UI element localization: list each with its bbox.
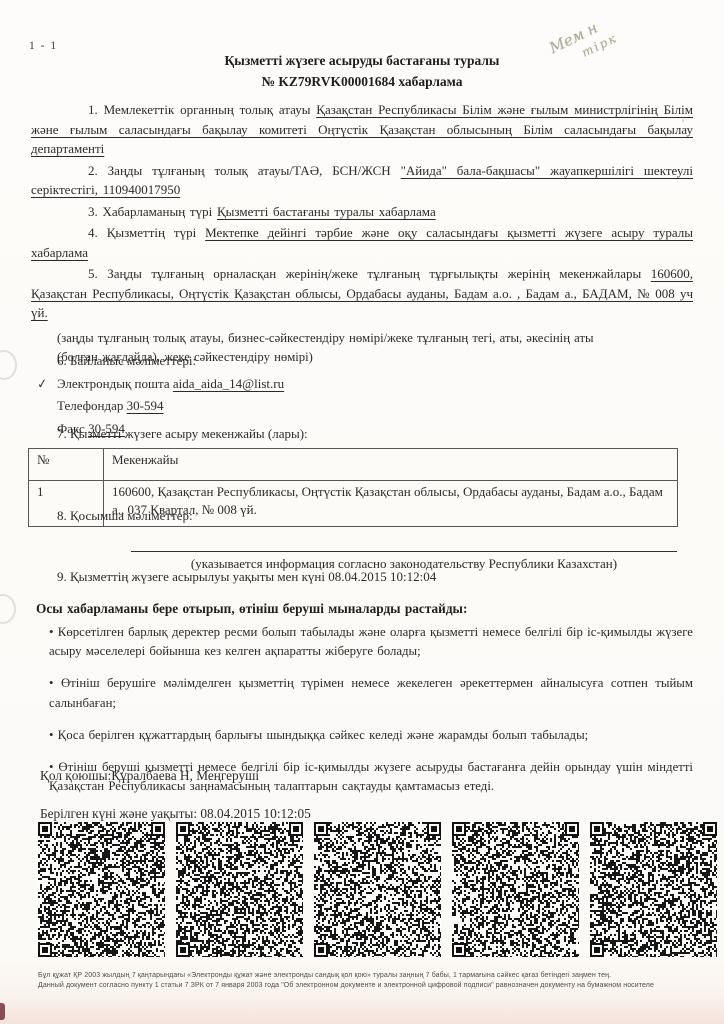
item-5-label: 5. Заңды тұлғаның орналасқан жерінің/жек…: [88, 266, 641, 281]
item-7-label: 7. Қызметті жүзеге асыру мекенжайы (лары…: [31, 424, 693, 443]
item-6-label: 6. Байланыс мәліметтері:: [31, 352, 693, 370]
email-label: Электрондық пошта: [57, 376, 170, 391]
item-3-value: Қызметті бастағаны туралы хабарлама: [217, 204, 436, 219]
item-1-label: 1. Мемлекеттік органның толық атауы: [88, 102, 310, 117]
numbered-items: 1. Мемлекеттік органның толық атауы Қаза…: [31, 100, 693, 367]
item-9-label: 9. Қызметтің жүзеге асырылуы уақыты мен …: [57, 569, 325, 584]
item-3-label: 3. Хабарламаның түрі: [88, 204, 212, 219]
title-line2: № KZ79RVK00001684 хабарлама: [31, 71, 693, 92]
item-2: 2. Заңды тұлғаның толық атауы/ТАӘ, БСН/Ж…: [31, 161, 693, 200]
confirmation-heading: Осы хабарламаны бере отырып, өтініш беру…: [31, 599, 693, 619]
item-9: 9. Қызметтің жүзеге асырылуы уақыты мен …: [31, 567, 693, 586]
signer-label: Қол қоюшы:: [40, 768, 111, 783]
item-4: 4. Қызметтің түрі Мектепке дейінгі тәрби…: [31, 223, 693, 262]
legal-footer: Бұл құжат ҚР 2003 жылдың 7 қаңтарындағы …: [38, 971, 706, 990]
signer-section: Қол қоюшы:Құралбаева Н, Меңгеруші: [31, 766, 693, 786]
qr-code: [590, 822, 717, 957]
issued-line: Берілген күні және уақыты: 08.04.2015 10…: [31, 804, 693, 824]
item-5: 5. Заңды тұлғаның орналасқан жерінің/жек…: [31, 264, 693, 323]
item-3: 3. Хабарламаның түрі Қызметті бастағаны …: [31, 202, 693, 222]
issued-label: Берілген күні және уақыты:: [40, 806, 197, 821]
phone-value: 30-594: [127, 398, 164, 413]
address-table-header-num: №: [29, 449, 104, 481]
scan-artifact-circle: [0, 350, 17, 380]
signer-value: Құралбаева Н, Меңгеруші: [111, 768, 259, 783]
start-datetime-section: 9. Қызметтің жүзеге асырылуы уақыты мен …: [31, 567, 693, 586]
item-4-label: 4. Қызметтің түрі: [88, 225, 196, 240]
legal-footer-line-ru: Данный документ согласно пункту 1 статьи…: [38, 981, 706, 991]
scan-speck: ’: [681, 116, 685, 131]
item-8-label: 8. Қосымша мәліметтер:: [31, 506, 693, 525]
qr-code: [38, 822, 165, 957]
phone-line: Телефондар 30-594: [31, 397, 693, 415]
qr-code: [176, 822, 303, 957]
phone-label: Телефондар: [57, 398, 123, 413]
qr-code: [314, 822, 441, 957]
confirmation-bullet-2: • Өтініш берушіге мәлімделген қызметтің …: [31, 674, 693, 713]
confirmation-bullet-1: • Көрсетілген барлық деректер ресми болы…: [31, 623, 693, 662]
qr-code: [452, 822, 579, 957]
legal-footer-line-kk: Бұл құжат ҚР 2003 жылдың 7 қаңтарындағы …: [38, 971, 706, 981]
address-table-header-address: Мекенжайы: [104, 449, 678, 481]
issued-value: 08.04.2015 10:12:05: [200, 806, 310, 821]
scan-artifact-circle: [0, 594, 16, 624]
handwritten-check-icon: ✓: [36, 375, 49, 394]
signer-line: Қол қоюшы:Құралбаева Н, Меңгеруші: [31, 766, 693, 786]
item-2-label: 2. Заңды тұлғаның толық атауы/ТАӘ, БСН/Ж…: [88, 163, 391, 178]
document-scan: 1 - 1 Мем н тірк Қызметті жүзеге асыруды…: [0, 0, 724, 1024]
qr-strip: [38, 822, 717, 957]
extra-info-section: 8. Қосымша мәліметтер: (указывается инфо…: [31, 506, 693, 573]
address-table-header-row: № Мекенжайы: [29, 449, 678, 481]
email-value: aida_aida_14@list.ru: [173, 376, 284, 391]
issued-section: Берілген күні және уақыты: 08.04.2015 10…: [31, 804, 693, 824]
confirmation-bullet-3: • Қоса берілген құжаттардың барлығы шынд…: [31, 726, 693, 745]
document-title: Қызметті жүзеге асыруды бастағаны туралы…: [31, 50, 693, 92]
title-line1: Қызметті жүзеге асыруды бастағаны туралы: [31, 50, 693, 71]
scan-edge-mark: [0, 1003, 5, 1020]
item-1: 1. Мемлекеттік органның толық атауы Қаза…: [31, 100, 693, 159]
email-line: ✓ Электрондық пошта aida_aida_14@list.ru: [31, 375, 693, 393]
item-9-value: 08.04.2015 10:12:04: [328, 569, 436, 584]
